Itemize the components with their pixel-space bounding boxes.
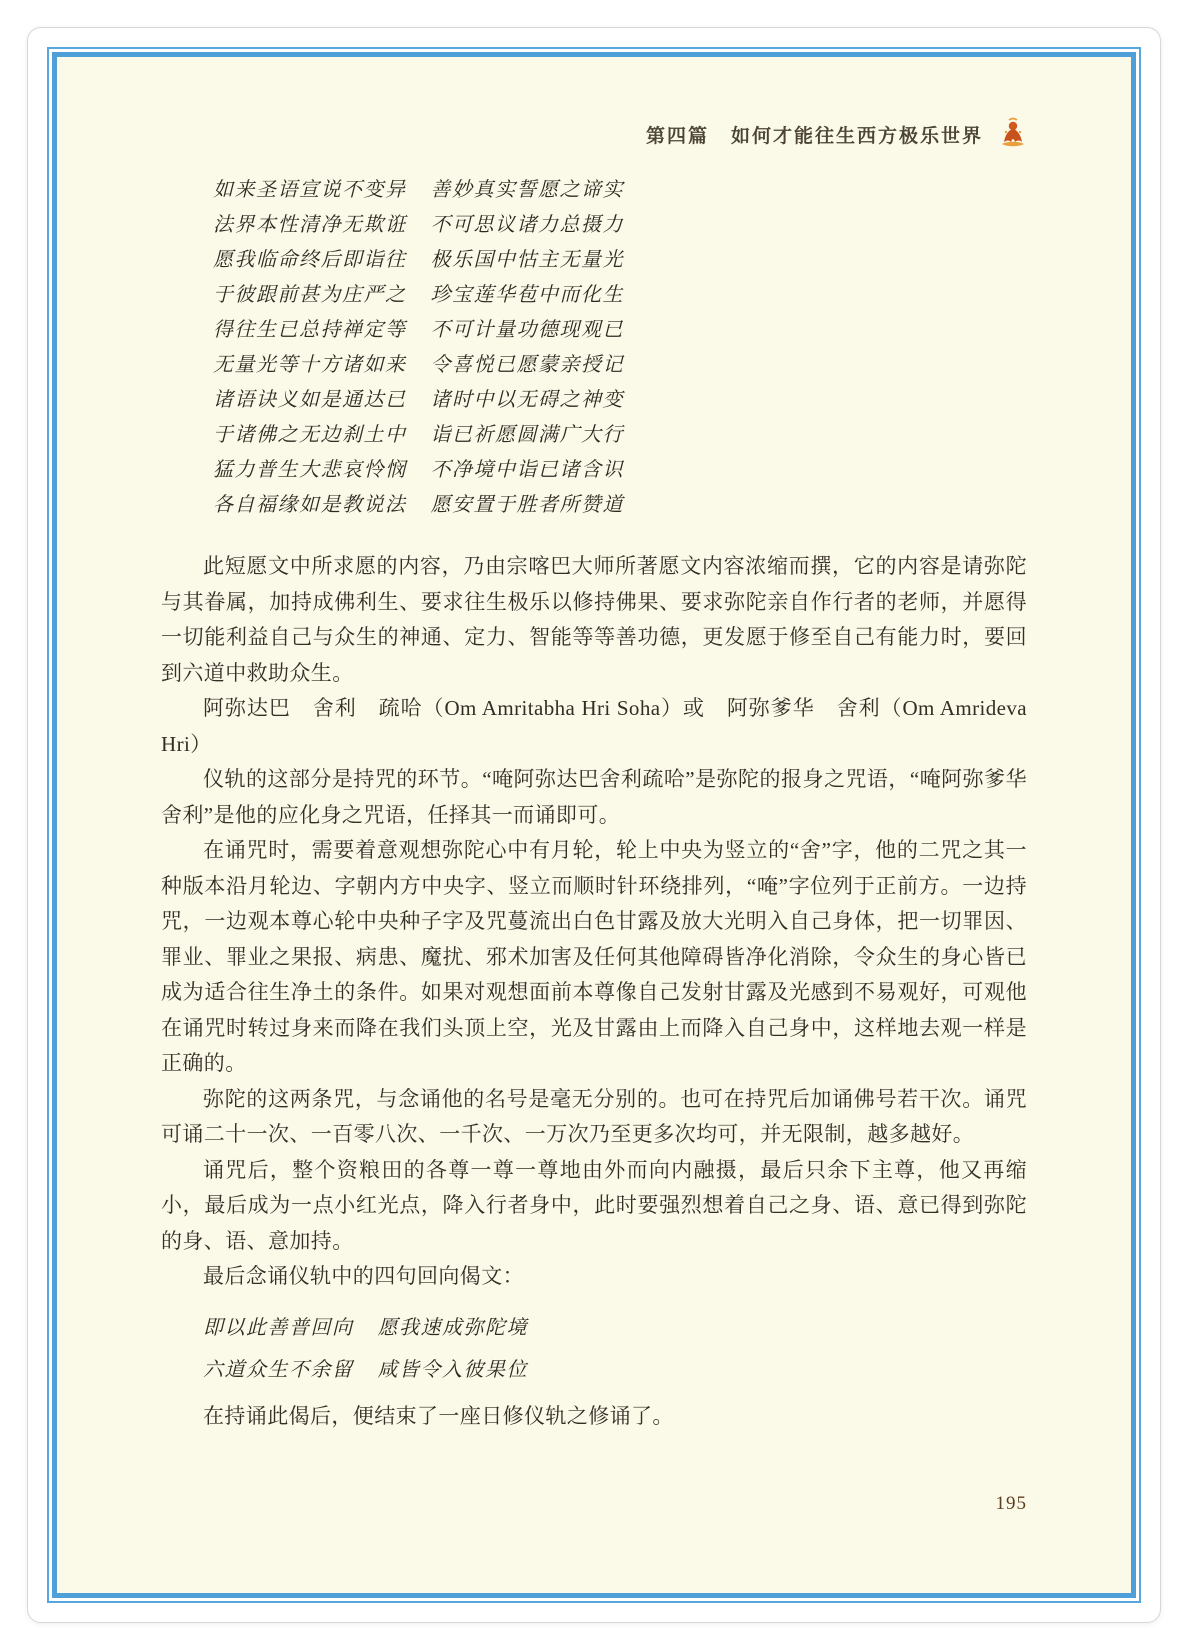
verse-line: 于诸佛之无边刹土中诣已祈愿圆满广大行 [213, 418, 1027, 453]
verse-half: 咸皆令入彼果位 [378, 1349, 529, 1391]
decorative-frame-inner: 第四篇 如何才能往生西方极乐世界 如来圣语宣说 [52, 52, 1136, 1598]
page-header: 第四篇 如何才能往生西方极乐世界 [161, 115, 1027, 153]
verse-half: 愿安置于胜者所赞道 [431, 488, 625, 523]
closing-paragraph: 在持诵此偈后，便结束了一座日修仪轨之修诵了。 [161, 1399, 1027, 1435]
paragraph: 最后念诵仪轨中的四句回向偈文： [161, 1259, 1027, 1295]
verse-line: 各自福缘如是教说法愿安置于胜者所赞道 [213, 488, 1027, 523]
paragraph: 仪轨的这部分是持咒的环节。“唵阿弥达巴舍利疏哈”是弥陀的报身之咒语，“唵阿弥爹华… [161, 762, 1027, 833]
verse-half: 各自福缘如是教说法 [213, 488, 407, 523]
verse-half: 得往生已总持禅定等 [213, 313, 407, 348]
verse-half: 愿我速成弥陀境 [378, 1307, 529, 1349]
verse-line: 法界本性清净无欺诳不可思议诸力总摄力 [213, 208, 1027, 243]
verse-half: 令喜悦已愿蒙亲授记 [431, 348, 625, 383]
verse-half: 如来圣语宣说不变异 [213, 173, 407, 208]
verse-line: 无量光等十方诸如来令喜悦已愿蒙亲授记 [213, 348, 1027, 383]
verse-half: 诣已祈愿圆满广大行 [431, 418, 625, 453]
verse-half: 极乐国中怙主无量光 [431, 243, 625, 278]
verse-half: 不可计量功德现观已 [431, 313, 625, 348]
verse-half: 六道众生不余留 [203, 1349, 354, 1391]
verse-half: 即以此善普回向 [203, 1307, 354, 1349]
verse-half: 无量光等十方诸如来 [213, 348, 407, 383]
dedication-verse-block: 即以此善普回向愿我速成弥陀境 六道众生不余留咸皆令入彼果位 [203, 1307, 1027, 1391]
paragraph: 诵咒后，整个资粮田的各尊一尊一尊地由外而向内融摄，最后只余下主尊，他又再缩小，最… [161, 1153, 1027, 1260]
verse-line: 愿我临命终后即诣往极乐国中怙主无量光 [213, 243, 1027, 278]
verse-half: 诸时中以无碍之神变 [431, 383, 625, 418]
chapter-label: 第四篇 [646, 121, 709, 148]
prayer-verse-block: 如来圣语宣说不变异善妙真实誓愿之谛实 法界本性清净无欺诳不可思议诸力总摄力 愿我… [213, 173, 1027, 523]
verse-half: 诸语诀义如是通达已 [213, 383, 407, 418]
verse-line: 即以此善普回向愿我速成弥陀境 [203, 1307, 1027, 1349]
verse-line: 如来圣语宣说不变异善妙真实誓愿之谛实 [213, 173, 1027, 208]
verse-half: 珍宝莲华苞中而化生 [431, 278, 625, 313]
verse-line: 于彼跟前甚为庄严之珍宝莲华苞中而化生 [213, 278, 1027, 313]
verse-line: 得往生已总持禅定等不可计量功德现观已 [213, 313, 1027, 348]
book-page-card: 第四篇 如何才能往生西方极乐世界 如来圣语宣说 [27, 27, 1161, 1623]
page-content: 第四篇 如何才能往生西方极乐世界 如来圣语宣说 [57, 57, 1131, 1593]
verse-half: 不净境中诣已诸含识 [431, 453, 625, 488]
page-number: 195 [996, 1493, 1028, 1515]
verse-half: 善妙真实誓愿之谛实 [431, 173, 625, 208]
chapter-title: 如何才能往生西方极乐世界 [731, 121, 983, 148]
verse-half: 于彼跟前甚为庄严之 [213, 278, 407, 313]
verse-half: 愿我临命终后即诣往 [213, 243, 407, 278]
paragraph: 在诵咒时，需要着意观想弥陀心中有月轮，轮上中央为竖立的“舍”字，他的二咒之其一种… [161, 833, 1027, 1082]
paragraph: 此短愿文中所求愿的内容，乃由宗喀巴大师所著愿文内容浓缩而撰，它的内容是请弥陀与其… [161, 549, 1027, 691]
screenshot-root: { "colors": { "frame_blue_outer": "#58a6… [0, 0, 1188, 1650]
verse-line: 六道众生不余留咸皆令入彼果位 [203, 1349, 1027, 1391]
buddha-seal-icon [997, 116, 1027, 152]
verse-half: 不可思议诸力总摄力 [431, 208, 625, 243]
paragraph: 弥陀的这两条咒，与念诵他的名号是毫无分别的。也可在持咒后加诵佛号若干次。诵咒可诵… [161, 1082, 1027, 1153]
verse-line: 诸语诀义如是通达已诸时中以无碍之神变 [213, 383, 1027, 418]
verse-line: 猛力普生大悲哀怜悯不净境中诣已诸含识 [213, 453, 1027, 488]
decorative-frame-outer: 第四篇 如何才能往生西方极乐世界 如来圣语宣说 [47, 47, 1141, 1603]
paragraph-mantra: 阿弥达巴 舍利 疏哈（Om Amritabha Hri Soha）或 阿弥爹华 … [161, 691, 1027, 762]
verse-half: 法界本性清净无欺诳 [213, 208, 407, 243]
verse-half: 猛力普生大悲哀怜悯 [213, 453, 407, 488]
verse-half: 于诸佛之无边刹土中 [213, 418, 407, 453]
body-text: 此短愿文中所求愿的内容，乃由宗喀巴大师所著愿文内容浓缩而撰，它的内容是请弥陀与其… [161, 549, 1027, 1434]
